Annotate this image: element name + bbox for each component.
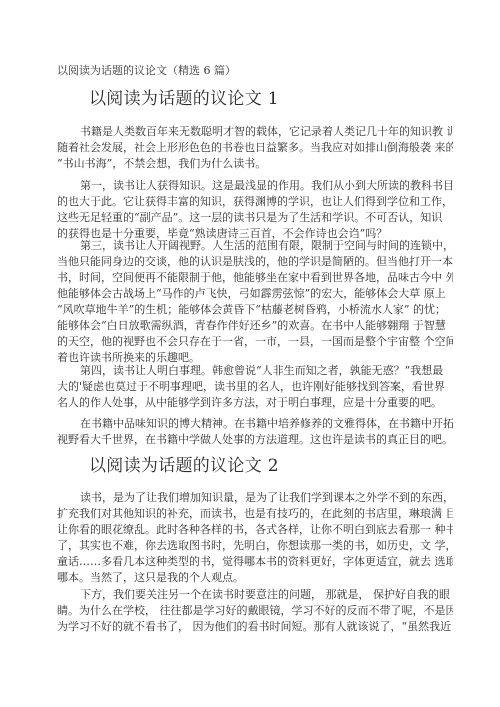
paragraph-line: 哪本。当然了，这只是我的个人观点。: [57, 570, 453, 586]
paragraph-line: 书籍是人类数百年来无数聪明才智的载体，它记录着人类记几十年的知识教 训。: [57, 124, 453, 140]
paragraph-line: 了，其实也不难，你去选取图书时，先明白，你想读那一类的书，如历史，文 学，: [57, 538, 453, 554]
section-1-paragraph-2: 第一，读书让人获得知识。这是最浅显的作用。我们从小到大所读的教科书目 的也大于此…: [57, 178, 453, 242]
document-title: 以阅读为话题的议论文（精选 6 篇）: [57, 64, 236, 78]
section-heading-2: 以阅读为话题的议论文 2: [89, 456, 279, 476]
section-2-paragraph-2: 下方，我们要关注另一个在读书时要意注的问题， 那就是， 保护好自我的眼 睛。为什…: [57, 587, 453, 635]
paragraph-line: 第四，读书让人明白事理。韩愈曾说“人非生而知之者，孰能无惑？”我想最: [57, 363, 453, 379]
paragraph-line: 的天空，他的视野也不会只存在于一省，一市，一县，一国而是整个宇宙整 个空间。: [57, 334, 453, 350]
section-1-paragraph-3: 第三，读书让人开阔视野。人生活的范围有限，限制于空间与时间的连锁中， 当他只能同…: [57, 238, 453, 366]
paragraph-line: 为学习不好的就不看书了， 因为他们的看书时间短。那有人就该说了，“虽然我近: [57, 619, 453, 635]
paragraph-line: 让你看的眼花缭乱。此时各种各样的书，各式各样，让你不明白到底去看那一 种书: [57, 522, 453, 538]
paragraph-line: 第三，读书让人开阔视野。人生活的范围有限，限制于空间与时间的连锁中，: [57, 238, 453, 254]
paragraph-line: “书山书海”，不禁会想，我们为什么读书。: [57, 156, 453, 172]
paragraph-line: 这些无足轻重的“副产品”。这一层的读书只是为了生活和学识。不可否认，知识: [57, 210, 453, 226]
paragraph-line: 名人的作人处事，从中能够学到许多方法，对于明白事理，应是十分重要的吧。: [57, 395, 453, 411]
paragraph-line: 第一，读书让人获得知识。这是最浅显的作用。我们从小到大所读的教科书目: [57, 178, 453, 194]
paragraph-line: 睛。为什么在学校， 往往都是学习好的戴眼镜，学习不好的反而不带了呢，不是因: [57, 603, 453, 619]
paragraph-line: 书，时间，空间便再不能限制于他，他能够坐在家中看到世界各地，品味古今中 外，: [57, 270, 453, 286]
paragraph-line: 的也大于此。它让获得丰富的知识，获得渊博的学识，也让人们得到学位和工作，: [57, 194, 453, 210]
paragraph-line: 视野看大千世界，在书籍中学做人处事的方法道理。这也许是读书的真正目的吧。: [57, 432, 453, 448]
section-2-paragraph-1: 读书，是为了让我们增加知识量，是为了让我们学到课本之外学不到的东西， 扩充我们对…: [57, 490, 453, 586]
paragraph-line: 扩充我们对其他知识的补充，而读书，也是有技巧的，在此刻的书店里，琳琅满 目，: [57, 506, 453, 522]
section-1-paragraph-5: 在书籍中品味知识的博大精神。在书籍中培养修养的文雅得体，在书籍中开拓 视野看大千…: [57, 416, 453, 448]
paragraph-line: 能够体会“白日放歌需纵酒，青春作伴好还乡”的欢喜。在书中人能够翱翔 于智慧: [57, 318, 453, 334]
paragraph-line: 下方，我们要关注另一个在读书时要意注的问题， 那就是， 保护好自我的眼: [57, 587, 453, 603]
paragraph-line: 当他只能同身边的交谈，他的认识是肤浅的，他的学识是简陋的。但当他打开一本: [57, 254, 453, 270]
paragraph-line: 大的'疑虑也莫过于不明事理吧，读书里的名人，也许刚好能够找到答案，看世界: [57, 379, 453, 395]
document-page: 以阅读为话题的议论文（精选 6 篇） 以阅读为话题的议论文 1 书籍是人类数百年…: [0, 0, 500, 707]
section-1-paragraph-4: 第四，读书让人明白事理。韩愈曾说“人非生而知之者，孰能无惑？”我想最 大的'疑虑…: [57, 363, 453, 411]
paragraph-line: 随着社会发展，社会上形形色色的书卷也日益繁多。当我应对如排山倒海般袭 来的: [57, 140, 453, 156]
paragraph-line: “风吹草地牛羊”的生机；能够体会黄昏下“枯藤老树昏鸦，小桥流水人家” 的忧；: [57, 302, 453, 318]
section-heading-1: 以阅读为话题的议论文 1: [89, 89, 279, 109]
paragraph-line: 他能够体会古战场上“马作的卢飞快，弓如霹雳弦惊”的宏大，能够体会大草 原上: [57, 286, 453, 302]
paragraph-line: 在书籍中品味知识的博大精神。在书籍中培养修养的文雅得体，在书籍中开拓: [57, 416, 453, 432]
section-1-paragraph-1: 书籍是人类数百年来无数聪明才智的载体，它记录着人类记几十年的知识教 训。 随着社…: [57, 124, 453, 172]
paragraph-line: 读书，是为了让我们增加知识量，是为了让我们学到课本之外学不到的东西，: [57, 490, 453, 506]
paragraph-line: 童话……多看几本这种类型的书，觉得哪本书的资料更好，字体更适宜，就去 选取: [57, 554, 453, 570]
